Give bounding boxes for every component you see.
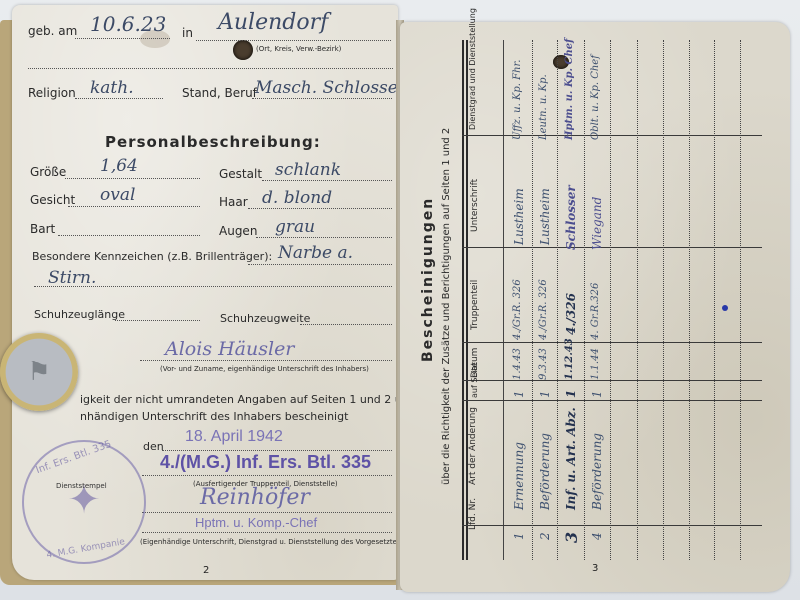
page-number-left: 2 [203,565,209,576]
row-2-rank: Leutn. u. Kp. [538,74,549,140]
row-divider [663,40,664,560]
shoe-length-label: Schuhzeuglänge [34,308,125,321]
row-4-rank: Oblt. u. Kp. Chef [590,55,601,140]
hair-label: Haar [219,195,248,209]
row-3-rank: Hptm. u. Kp. Chef [564,39,575,140]
row-4-page: 1 [590,390,604,398]
col-header-rank: Dienstgrad und Dienststellung [468,8,477,130]
height-label: Größe [30,165,66,179]
row-divider [689,40,690,560]
certifications-table [462,40,762,560]
description-heading: Personalbeschreibung: [105,133,321,151]
dotted-line [196,40,391,41]
row-1-rank: Uffz. u. Kp. Fhr. [512,60,523,140]
officer-signature: Reinhöfer [200,485,310,510]
dotted-line [65,178,200,179]
row-2-change: Beförderung [538,433,552,510]
row-divider [740,40,741,560]
certification-line-2: nhändigen Unterschrift des Inhabers besc… [80,410,348,423]
col-header-date: Datum [470,348,480,378]
dotted-line [142,475,392,476]
header-divider [503,40,504,560]
occupation-value: Masch. Schlosser [255,78,406,98]
row-2-unit: 4./Gr.R. 326 [538,279,549,340]
eyes-label: Augen [219,224,257,238]
unit-stamp: 4./(M.G.) Inf. Ers. Btl. 335 [160,452,371,473]
holder-signature-caption: (Vor- und Zuname, eigenhändige Unterschr… [160,365,369,373]
marks-label: Besondere Kennzeichen (z.B. Brillenträge… [32,250,272,263]
row-4-change: Beförderung [590,433,604,510]
row-1-signature: Lustheim [512,188,526,245]
row-divider [714,40,715,560]
row-3-signature: Schlosser [564,185,578,250]
beard-label: Bart [30,222,55,236]
dotted-line [28,68,393,69]
religion-label: Religion [28,86,76,100]
hair-value: d. blond [262,188,332,208]
row-divider [584,40,585,560]
row-1-unit: 4./Gr.R. 326 [512,279,523,340]
row-divider [557,40,558,560]
face-label: Gesicht [30,193,75,207]
row-3-nr: 3 [562,532,581,543]
col-header-unit: Truppenteil [470,280,480,330]
col-header-change: Art der Änderung [468,407,478,485]
height-value: 1,64 [100,156,138,176]
row-divider [610,40,611,560]
dotted-line [252,98,392,99]
row-4-date: 1.1.44 [590,348,601,380]
row-4-signature: Wiegand [590,197,604,250]
table-border [462,40,464,560]
column-divider [462,380,762,381]
row-4-unit: 4. Gr.R.326 [590,283,601,340]
row-2-date: 9.3.43 [538,348,549,380]
dotted-line [115,320,200,321]
dotted-line [248,264,392,265]
build-label: Gestalt [219,167,262,181]
certifications-subtitle: über die Richtigkeit der Zusätze und Ber… [441,128,452,485]
born-in-label: in [182,26,193,40]
holder-signature: Alois Häusler [165,338,294,360]
row-3-unit: 4./326 [564,293,578,335]
officer-rank-stamp: Hptm. u. Komp.-Chef [195,515,317,530]
dotted-line [162,450,392,451]
page-number-right: 3 [592,563,598,574]
col-header-nr: Lfd. Nr. [468,498,478,530]
born-in-hint: (Ort, Kreis, Verw.-Bezirk) [256,45,341,53]
dotted-line [68,206,200,207]
row-2-signature: Lustheim [538,188,552,245]
face-value: oval [100,185,135,205]
row-3-change: Inf. u. Art. Abz. [564,407,578,510]
build-value: schlank [275,160,341,180]
dotted-line [262,180,392,181]
euro-coin: ⚑ [0,333,78,411]
dotted-line [75,98,163,99]
dotted-line [34,286,392,287]
column-divider [462,525,762,526]
official-seal: Inf. Ers. Btl. 335 ✦ Dienststempel 4. M.… [22,440,146,564]
dotted-line [58,235,200,236]
born-on-value: 10.6.23 [90,12,166,36]
dotted-line [300,324,392,325]
row-1-change: Ernennung [512,442,526,510]
row-1-nr: 1 [512,532,526,540]
column-divider [462,135,762,136]
row-3-date: 1.12.43 [564,338,575,380]
dotted-line [142,512,392,513]
dotted-line [248,208,392,209]
certifications-title: Bescheinigungen [420,197,436,362]
born-on-label: geb. am [28,24,77,38]
born-in-value: Aulendorf [218,10,328,35]
row-1-page: 1 [512,390,526,398]
shoe-width-label: Schuhzeugweite [220,312,310,325]
eagle-coin-icon: ⚑ [27,357,50,387]
marks-value-1: Narbe a. [278,243,353,263]
row-3-page: 1 [564,390,578,398]
column-divider [462,342,762,343]
occupation-label: Stand, Beruf [182,86,257,100]
punch-hole [233,40,253,60]
dotted-line [75,38,170,39]
dotted-line [140,360,392,361]
officer-caption: (Eigenhändige Unterschrift, Dienstgrad u… [140,538,404,546]
certification-line-1: igkeit der nicht umrandeten Angaben auf … [80,393,416,406]
row-2-page: 1 [538,390,552,398]
row-1-date: 1.4.43 [512,348,523,380]
eyes-value: grau [275,217,315,237]
col-header-signature: Unterschrift [470,179,480,232]
date-stamp: 18. April 1942 [185,428,283,446]
row-divider [532,40,533,560]
column-divider [462,247,762,248]
dotted-line [256,237,392,238]
seal-center: Dienststempel [56,482,107,490]
marks-value-2: Stirn. [48,268,96,288]
row-divider [637,40,638,560]
column-divider [462,400,762,401]
religion-value: kath. [90,78,134,98]
row-4-nr: 4 [590,532,604,540]
row-2-nr: 2 [538,532,552,540]
dotted-line [142,532,392,533]
